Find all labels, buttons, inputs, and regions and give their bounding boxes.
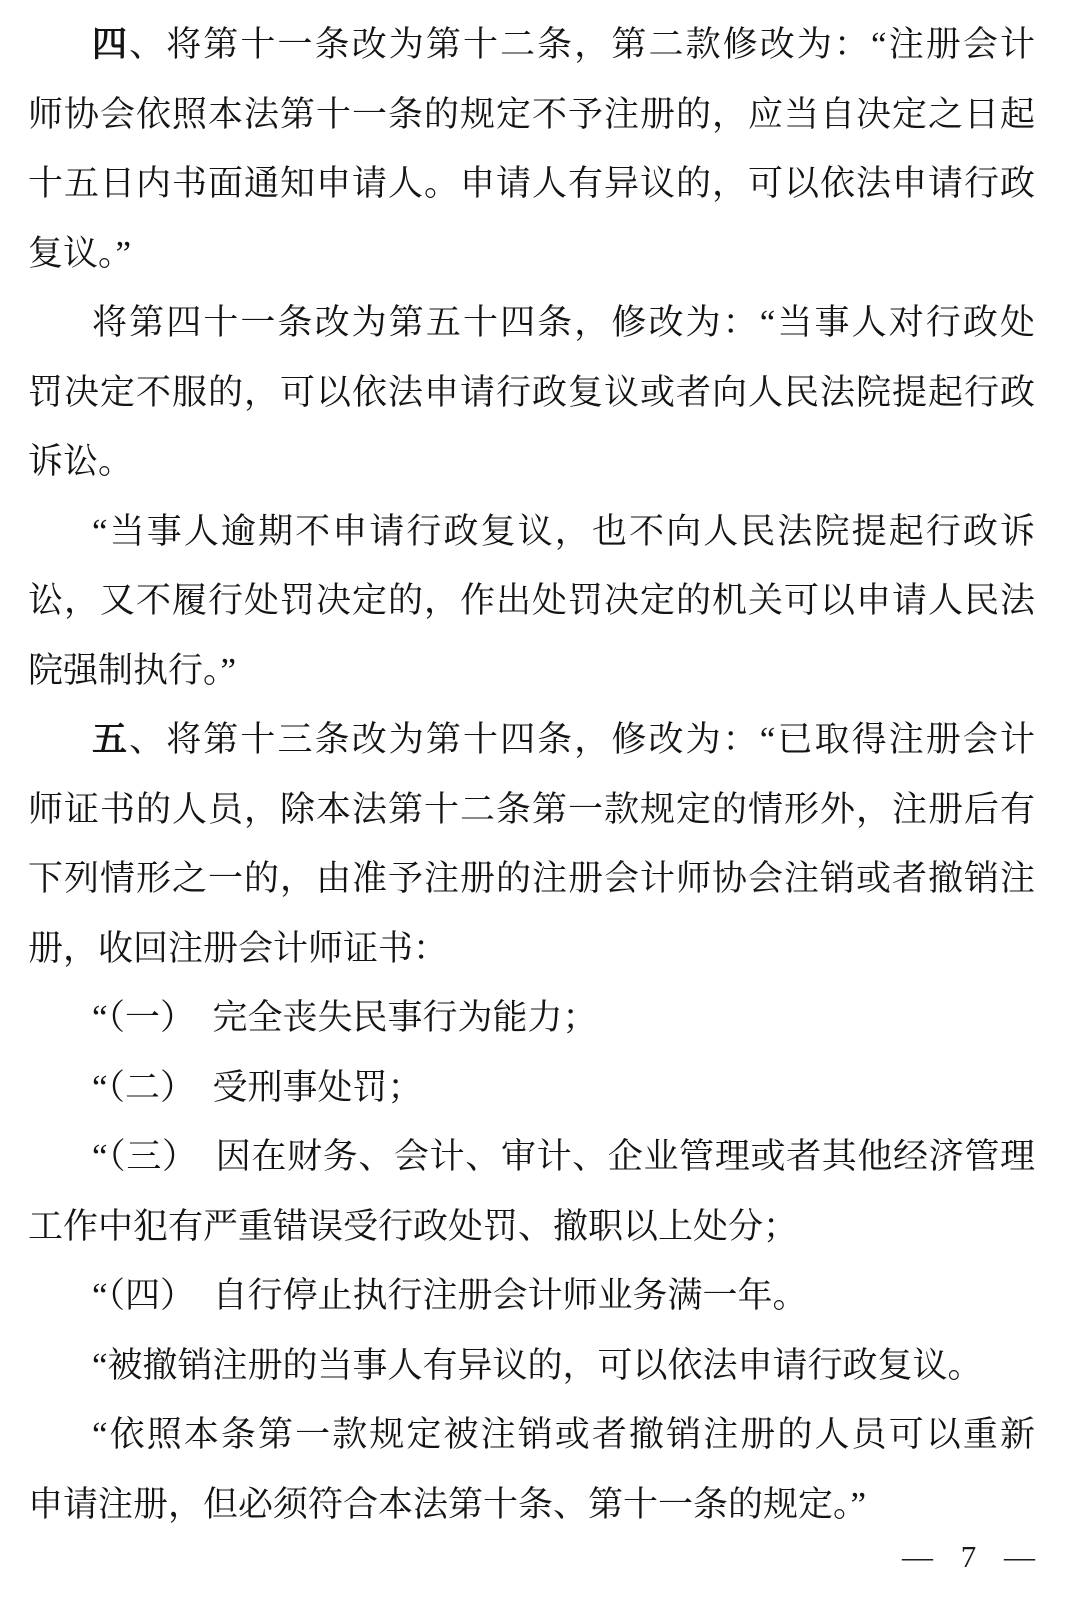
text-line: 诉讼。 [28,427,1035,497]
document-page: 四、将第十一条改为第十二条，第二款修改为：“注册会计 师协会依照本法第十一条的规… [0,0,1080,1597]
list-item-line: “（一） 完全丧失民事行为能力； [28,983,1035,1053]
text-line: 册，收回注册会计师证书： [28,914,1035,984]
document-body: 四、将第十一条改为第十二条，第二款修改为：“注册会计 师协会依照本法第十一条的规… [28,10,1035,1539]
line-text: “（四） 自行停止执行注册会计师业务满一年。 [92,1276,808,1315]
text-line: 院强制执行。” [28,636,1035,706]
line-text: “（一） 完全丧失民事行为能力； [92,998,598,1037]
list-item-line: “（二） 受刑事处罚； [28,1053,1035,1123]
line-text: 复议。” [28,234,131,273]
text-line: 师证书的人员，除本法第十二条第一款规定的情形外，注册后有 [28,775,1035,845]
line-text: 下列情形之一的，由准予注册的注册会计师协会注销或者撤销注 [28,859,1035,898]
line-text: 诉讼。 [28,442,133,481]
line-text: 院强制执行。” [28,651,236,690]
text-line: 将第四十一条改为第五十四条，修改为：“当事人对行政处 [28,288,1035,358]
text-line: 下列情形之一的，由准予注册的注册会计师协会注销或者撤销注 [28,844,1035,914]
text-line: 四、将第十一条改为第十二条，第二款修改为：“注册会计 [28,10,1035,80]
line-text: 罚决定不服的，可以依法申请行政复议或者向人民法院提起行政 [28,373,1035,412]
line-text: “（三） 因在财务、会计、审计、企业管理或者其他经济管理 [92,1137,1035,1176]
line-text: 将第四十一条改为第五十四条，修改为：“当事人对行政处 [92,303,1035,342]
line-text: 十五日内书面通知申请人。申请人有异议的，可以依法申请行政 [28,164,1035,203]
line-text: 师证书的人员，除本法第十二条第一款规定的情形外，注册后有 [28,790,1035,829]
line-text: 讼，又不履行处罚决定的，作出处罚决定的机关可以申请人民法 [28,581,1035,620]
line-text: 册，收回注册会计师证书： [28,929,448,968]
line-text: 、将第十一条改为第十二条，第二款修改为：“注册会计 [129,25,1035,64]
line-text: “当事人逾期不申请行政复议，也不向人民法院提起行政诉 [92,512,1035,551]
text-line: 工作中犯有严重错误受行政处罚、撤职以上处分； [28,1192,1035,1262]
list-item-line: “（三） 因在财务、会计、审计、企业管理或者其他经济管理 [28,1122,1035,1192]
line-text: “（二） 受刑事处罚； [92,1068,423,1107]
text-line: “当事人逾期不申请行政复议，也不向人民法院提起行政诉 [28,497,1035,567]
list-item-line: “（四） 自行停止执行注册会计师业务满一年。 [28,1261,1035,1331]
text-line: 申请注册，但必须符合本法第十条、第十一条的规定。” [28,1470,1035,1540]
section-number: 五 [92,720,129,759]
text-line: 讼，又不履行处罚决定的，作出处罚决定的机关可以申请人民法 [28,566,1035,636]
text-line: 复议。” [28,219,1035,289]
page-number: — 7 — [902,1539,1036,1575]
text-line: 五、将第十三条改为第十四条，修改为：“已取得注册会计 [28,705,1035,775]
text-line: “依照本条第一款规定被注销或者撤销注册的人员可以重新 [28,1400,1035,1470]
text-line: “被撤销注册的当事人有异议的，可以依法申请行政复议。 [28,1331,1035,1401]
text-line: 罚决定不服的，可以依法申请行政复议或者向人民法院提起行政 [28,358,1035,428]
line-text: 工作中犯有严重错误受行政处罚、撤职以上处分； [28,1207,798,1246]
line-text: 师协会依照本法第十一条的规定不予注册的，应当自决定之日起 [28,95,1035,134]
line-text: “依照本条第一款规定被注销或者撤销注册的人员可以重新 [92,1415,1035,1454]
line-text: 、将第十三条改为第十四条，修改为：“已取得注册会计 [129,720,1035,759]
text-line: 十五日内书面通知申请人。申请人有异议的，可以依法申请行政 [28,149,1035,219]
line-text: “被撤销注册的当事人有异议的，可以依法申请行政复议。 [92,1346,983,1385]
text-line: 师协会依照本法第十一条的规定不予注册的，应当自决定之日起 [28,80,1035,150]
section-number: 四 [92,25,129,64]
line-text: 申请注册，但必须符合本法第十条、第十一条的规定。” [28,1485,866,1524]
